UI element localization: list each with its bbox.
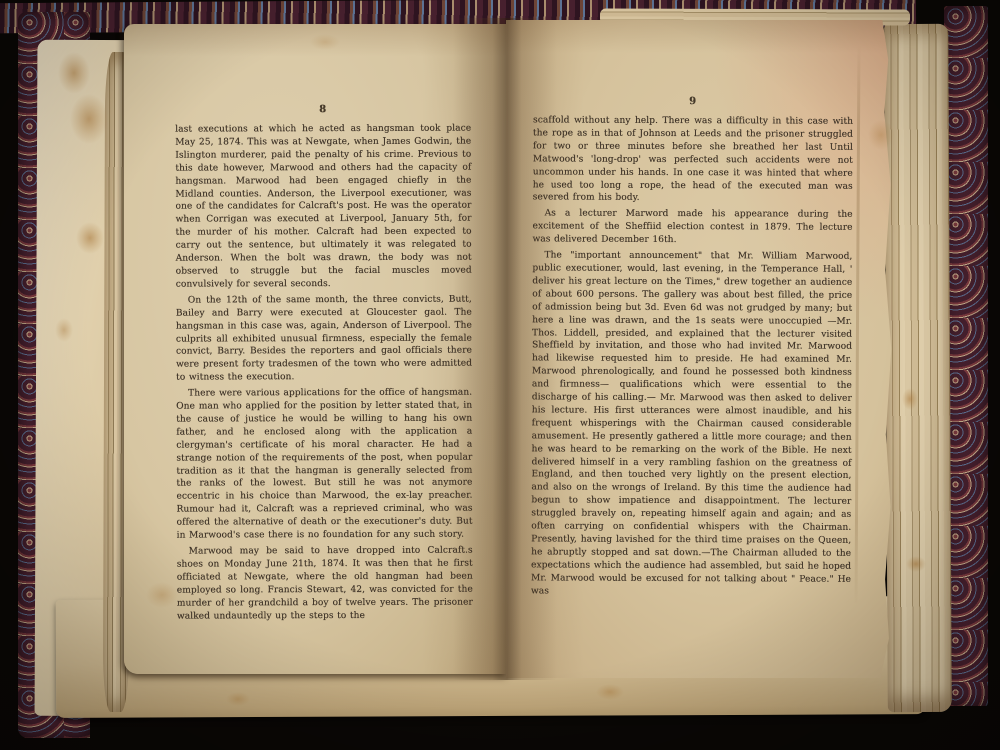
right-page-edge-stack — [884, 24, 952, 712]
paragraph: There were various applications for the … — [176, 387, 473, 543]
left-page: 8 last executions at which he acted as h… — [124, 24, 506, 674]
right-page-text-block: 9 scaffold without any help. There was a… — [531, 95, 853, 602]
paragraph: On the 12th of the same month, the three… — [176, 293, 472, 384]
paragraph: last executions at which he acted as han… — [175, 122, 472, 291]
right-page-number: 9 — [533, 95, 853, 107]
paragraph: The "important announcement" that Mr. Wi… — [531, 249, 853, 599]
paragraph: scaffold without any help. There was a d… — [533, 114, 853, 206]
right-page: 9 scaffold without any help. There was a… — [506, 20, 896, 678]
paragraph: Marwood may be said to have dropped into… — [177, 544, 473, 622]
left-page-number: 8 — [175, 103, 471, 115]
open-book-photo: 8 last executions at which he acted as h… — [0, 0, 1000, 750]
paragraph: As a lecturer Marword made his appearanc… — [532, 208, 852, 248]
left-page-text-block: 8 last executions at which he acted as h… — [175, 103, 473, 625]
